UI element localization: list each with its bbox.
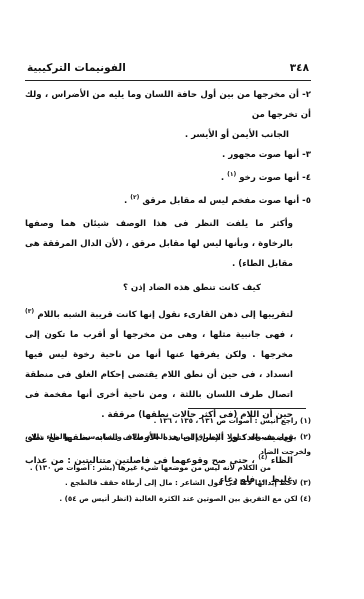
paragraph-2-start: لتقريبها إلى ذهن القارىء نقول إنها كانت … (37, 310, 293, 320)
footnotes: (١) راجع أنيس : أصوات ص ١٣١ ، ١٣٥ ، ١٣٦ … (25, 413, 311, 506)
list-item-4-text: ٤- أنها صوت رخو (239, 173, 311, 183)
list-item-5-text: ٥- أنها صوت مفخم ليس له مقابل مرقق (142, 196, 311, 206)
footnote-2: (٢) يقول سيبويه : لولا الإطباق لصارت الط… (25, 429, 311, 460)
paragraph-1: وأكثر ما يلفت النظر فى هذا الوصف شيئان ه… (25, 214, 311, 274)
list-item-2: ٢- أن مخرجها من بين أول حافة اللسان وما … (25, 85, 311, 125)
footnote-3: (٣) لاحظ إبدالها لاما فى قول الشاعر : ما… (25, 475, 311, 491)
list-item-2-continuation: الجانب الأيمن أو الأيسر . (25, 125, 311, 145)
paragraph-2: لتقريبها إلى ذهن القارىء نقول إنها كانت … (25, 302, 311, 425)
running-title: الفونيمات التركيبية (27, 62, 126, 74)
footnote-4: (٤) لكن مع التفريق بين الصوتين عند الكثر… (25, 491, 311, 507)
footnote-ref-1[interactable]: (١) (227, 171, 236, 178)
list-item-3: ٣- أنها صوت مجهور . (25, 145, 311, 165)
list-item-4: ٤- أنها صوت رخو (١) . (25, 165, 311, 188)
book-page: الفونيمات التركيبية ٣٤٨ ٢- أن مخرجها من … (0, 0, 364, 599)
header-divider (25, 80, 311, 81)
list-item-2-line1: ٢- أن مخرجها من بين أول حافة اللسان وما … (25, 90, 311, 120)
page-header: الفونيمات التركيبية ٣٤٨ (25, 62, 311, 80)
page-number: ٣٤٨ (290, 62, 309, 74)
list-item-5: ٥- أنها صوت مفخم ليس له مقابل مرقق (٢) . (25, 188, 311, 211)
footnote-1: (١) راجع أنيس : أصوات ص ١٣١ ، ١٣٥ ، ١٣٦ … (25, 413, 311, 429)
footnote-2-continuation: من الكلام لأنه ليس من موضعها شيء غيرها (… (25, 460, 311, 476)
footnote-divider (188, 408, 306, 409)
paragraph-2-rest: ، فهى جانبية مثلها ، وهى من مخرجها أو أق… (25, 330, 293, 420)
footnote-ref-2[interactable]: (٢) (130, 194, 139, 201)
footnote-ref-3[interactable]: (٣) (25, 308, 34, 315)
section-question: كيف كانت تنطق هذه الضاد إذن ؟ (25, 278, 311, 298)
